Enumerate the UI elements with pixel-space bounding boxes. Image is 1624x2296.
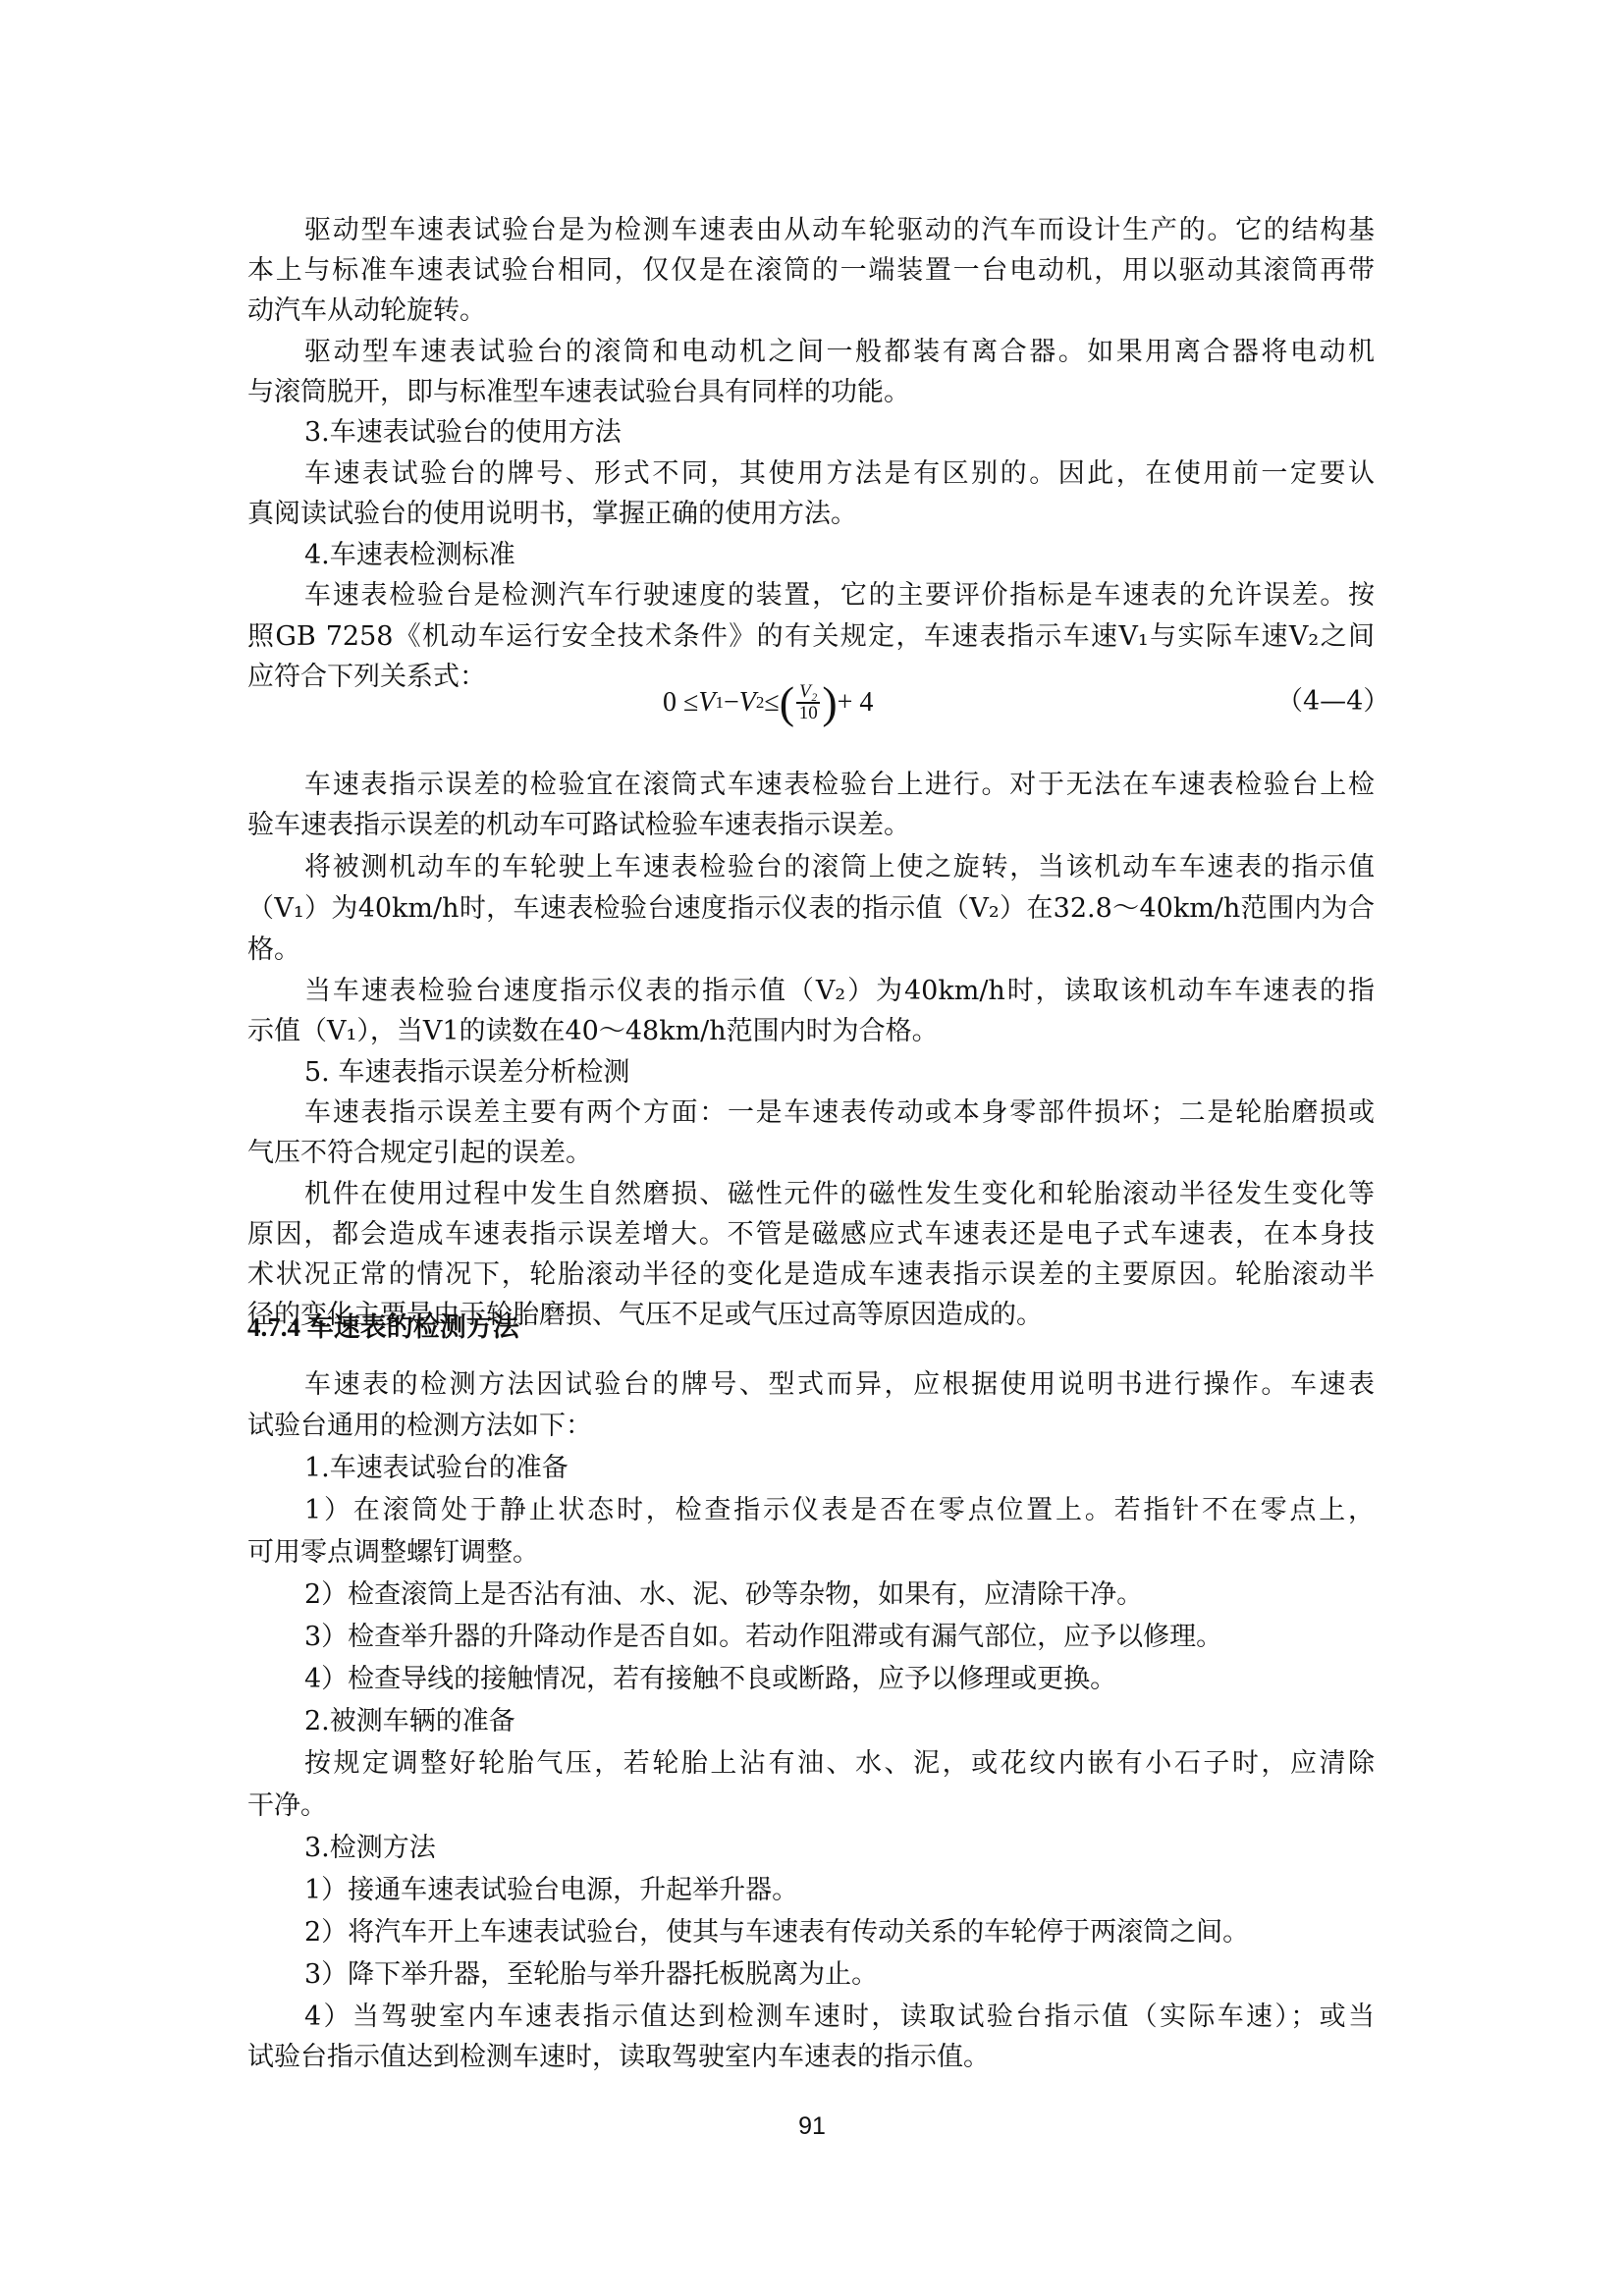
text-line: 车速表的检测方法因试验台的牌号、型式而异，应根据使用说明书进行操作。车速表 bbox=[304, 1365, 1375, 1405]
formula-plus-four: + 4 bbox=[838, 687, 874, 719]
text-line: 4）当驾驶室内车速表指示值达到检测车速时，读取试验台指示值（实际车速）；或当 bbox=[304, 1998, 1375, 2037]
text-line: 3.检测方法 bbox=[304, 1829, 1375, 1868]
text-line: 3）降下举升器，至轮胎与举升器托板脱离为止。 bbox=[304, 1955, 1375, 1995]
text-line: 真阅读试验台的使用说明书，掌握正确的使用方法。 bbox=[247, 495, 1375, 534]
text-line: 原因，都会造成车速表指示误差增大。不管是磁感应式车速表还是电子式车速表，在本身技 bbox=[247, 1215, 1375, 1255]
text-line: 可用零点调整螺钉调整。 bbox=[247, 1533, 1375, 1573]
text-line: 1.车速表试验台的准备 bbox=[304, 1449, 1375, 1488]
text-line: 4.车速表检测标准 bbox=[304, 536, 1375, 575]
formula-v2: V bbox=[739, 687, 756, 719]
formula-v1: V bbox=[698, 687, 715, 719]
text-line: 试验台通用的检测方法如下： bbox=[247, 1407, 1375, 1446]
text-line: 2.被测车辆的准备 bbox=[304, 1702, 1375, 1741]
text-line: 车速表指示误差主要有两个方面：一是车速表传动或本身零部件损坏；二是轮胎磨损或 bbox=[304, 1094, 1375, 1133]
page-number: 91 bbox=[0, 2112, 1624, 2141]
text-line: 将被测机动车的车轮驶上车速表检验台的滚筒上使之旋转，当该机动车车速表的指示值 bbox=[304, 848, 1375, 887]
left-paren: ( bbox=[780, 680, 794, 725]
text-line: 3.车速表试验台的使用方法 bbox=[304, 413, 1375, 453]
section-heading: 4.7.4 车速表的检测方法 bbox=[247, 1308, 1375, 1347]
text-line: 气压不符合规定引起的误差。 bbox=[247, 1134, 1375, 1173]
text-line: 机件在使用过程中发生自然磨损、磁性元件的磁性发生变化和轮胎滚动半径发生变化等 bbox=[304, 1175, 1375, 1214]
equation-4-4: 0 ≤ V1 − V2 ≤ ( V₂ 10 ) + 4 bbox=[663, 675, 873, 730]
text-line: （V₁）为40km/h时，车速表检验台速度指示仪表的指示值（V₂）在32.8～4… bbox=[247, 889, 1375, 929]
text-line: 驱动型车速表试验台的滚筒和电动机之间一般都装有离合器。如果用离合器将电动机 bbox=[304, 333, 1375, 372]
formula-lhs: 0 ≤ bbox=[663, 687, 698, 719]
formula-fraction: V₂ 10 bbox=[796, 682, 820, 723]
text-line: 格。 bbox=[247, 931, 1375, 970]
text-line: 按规定调整好轮胎气压，若轮胎上沾有油、水、泥，或花纹内嵌有小石子时，应清除 bbox=[304, 1744, 1375, 1784]
text-line: 试验台指示值达到检测车速时，读取驾驶室内车速表的指示值。 bbox=[247, 2038, 1375, 2077]
formula-minus: − bbox=[724, 687, 739, 719]
fraction-denominator: 10 bbox=[799, 704, 818, 723]
text-line: 术状况正常的情况下，轮胎滚动半径的变化是造成车速表指示误差的主要原因。轮胎滚动半 bbox=[247, 1255, 1375, 1295]
right-paren: ) bbox=[822, 680, 837, 725]
text-line: 验车速表指示误差的机动车可路试检验车速表指示误差。 bbox=[247, 806, 1375, 845]
text-line: 照GB 7258《机动车运行安全技术条件》的有关规定，车速表指示车速V₁与实际车… bbox=[247, 617, 1375, 657]
text-line: 动汽车从动轮旋转。 bbox=[247, 292, 1375, 331]
text-line: 2）检查滚筒上是否沾有油、水、泥、砂等杂物，如果有，应清除干净。 bbox=[304, 1575, 1375, 1615]
text-line: 4）检查导线的接触情况，若有接触不良或断路，应予以修理或更换。 bbox=[304, 1660, 1375, 1699]
fraction-numerator: V₂ bbox=[796, 682, 820, 704]
text-line: 2）将汽车开上车速表试验台，使其与车速表有传动关系的车轮停于两滚筒之间。 bbox=[304, 1913, 1375, 1952]
text-line: 示值（V₁），当V1的读数在40～48km/h范围内时为合格。 bbox=[247, 1012, 1375, 1051]
text-line: 车速表检验台是检测汽车行驶速度的装置，它的主要评价指标是车速表的允许误差。按 bbox=[304, 576, 1375, 615]
text-line: 3）检查举升器的升降动作是否自如。若动作阻滞或有漏气部位，应予以修理。 bbox=[304, 1618, 1375, 1657]
text-line: 车速表指示误差的检验宜在滚筒式车速表检验台上进行。对于无法在车速表检验台上检 bbox=[304, 766, 1375, 805]
text-line: 车速表试验台的牌号、形式不同，其使用方法是有区别的。因此，在使用前一定要认 bbox=[304, 454, 1375, 494]
text-line: 驱动型车速表试验台是为检测车速表由从动车轮驱动的汽车而设计生产的。它的结构基 bbox=[304, 211, 1375, 250]
text-line: 干净。 bbox=[247, 1787, 1375, 1826]
text-line: 1）在滚筒处于静止状态时，检查指示仪表是否在零点位置上。若指针不在零点上， bbox=[304, 1491, 1375, 1530]
text-line: 当车速表检验台速度指示仪表的指示值（V₂）为40km/h时，读取该机动车车速表的… bbox=[304, 972, 1375, 1011]
text-line: 与滚筒脱开，即与标准型车速表试验台具有同样的功能。 bbox=[247, 373, 1375, 412]
text-line: 5. 车速表指示误差分析检测 bbox=[304, 1053, 1375, 1093]
formula-le: ≤ bbox=[764, 687, 779, 719]
text-line: 本上与标准车速表试验台相同，仅仅是在滚筒的一端装置一台电动机，用以驱动其滚筒再带 bbox=[247, 251, 1375, 291]
text-line: 1）接通车速表试验台电源，升起举升器。 bbox=[304, 1871, 1375, 1910]
equation-number: （4—4） bbox=[1276, 682, 1389, 721]
